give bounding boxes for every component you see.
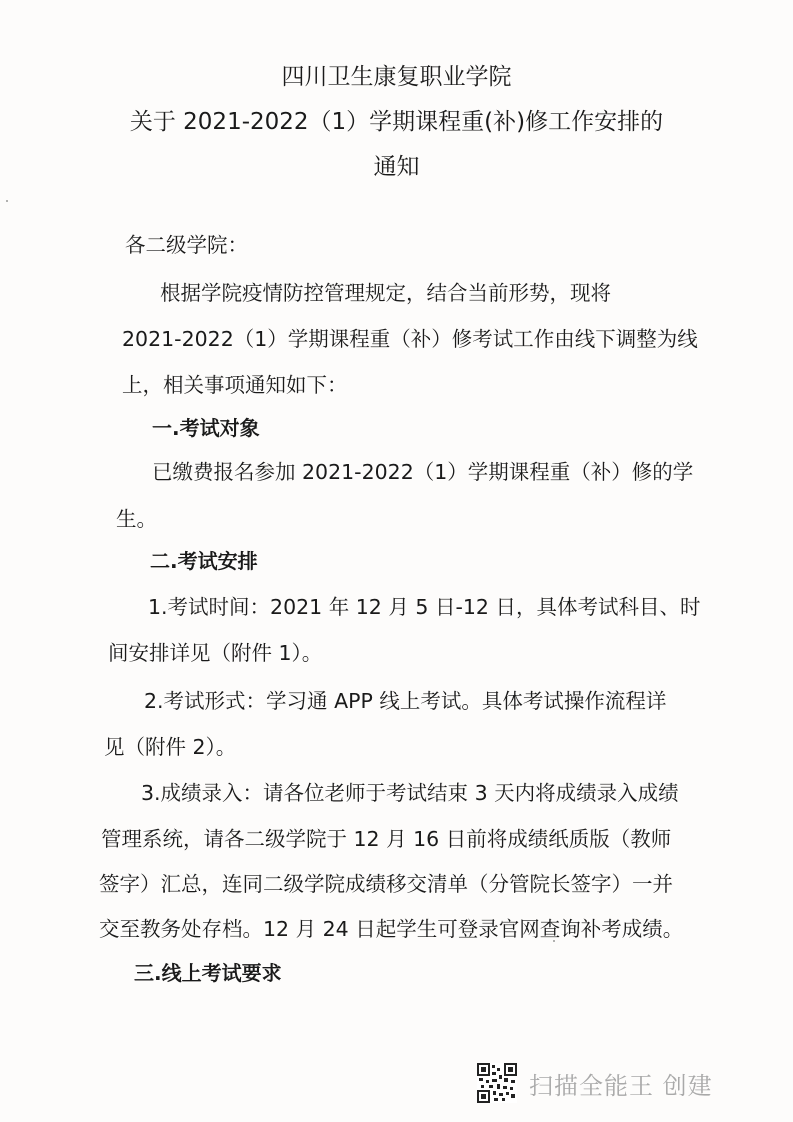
salutation: 各二级学院： [125, 228, 248, 258]
arrangement-item-format-cont: 见（附件 2）。 [104, 730, 236, 760]
arrangement-item-grades-cont: 管理系统，请各二级学院于 12 月 16 日前将成绩纸质版（教师 [101, 822, 671, 852]
arrangement-item-time-cont: 间安排详见（附件 1）。 [108, 636, 322, 666]
arrangement-item-grades-cont: 交至教务处存档。12 月 24 日起学生可登录官网查询补考成绩。 [99, 912, 683, 942]
section-heading-exam-target: 一.考试对象 [152, 412, 260, 441]
intro-line: 上，相关事项通知如下： [122, 368, 348, 398]
watermark-text: 扫描全能王 创建 [529, 1066, 713, 1101]
scanned-document-page: 四川卫生康复职业学院 关于 2021-2022（1）学期课程重(补)修工作安排的… [0, 0, 793, 1122]
qr-code-icon [477, 1063, 517, 1103]
section-body-line: 生。 [116, 502, 157, 532]
arrangement-item-format: 2.考试形式：学习通 APP 线上考试。具体考试操作流程详 [144, 684, 666, 714]
intro-line: 根据学院疫情防控管理规定，结合当前形势，现将 [160, 276, 611, 306]
section-body-line: 已缴费报名参加 2021-2022（1）学期课程重（补）修的学 [152, 455, 693, 485]
scan-speck [553, 940, 555, 942]
section-heading-online-requirements: 三.线上考试要求 [134, 957, 282, 986]
document-title-subject: 关于 2021-2022（1）学期课程重(补)修工作安排的 [0, 103, 793, 136]
document-title-notice: 通知 [0, 148, 793, 181]
arrangement-item-grades-cont: 签字）汇总，连同二级学院成绩移交清单（分管院长签字）一并 [99, 867, 673, 897]
scan-speck [6, 200, 8, 202]
arrangement-item-time: 1.考试时间：2021 年 12 月 5 日-12 日，具体考试科目、时 [148, 590, 700, 620]
section-heading-exam-arrangement: 二.考试安排 [150, 545, 258, 574]
arrangement-item-grades: 3.成绩录入：请各位老师于考试结束 3 天内将成绩录入成绩 [141, 776, 679, 806]
scanner-watermark: 扫描全能王 创建 [477, 1062, 713, 1104]
document-title-institution: 四川卫生康复职业学院 [0, 58, 793, 91]
intro-line: 2021-2022（1）学期课程重（补）修考试工作由线下调整为线 [122, 322, 698, 352]
